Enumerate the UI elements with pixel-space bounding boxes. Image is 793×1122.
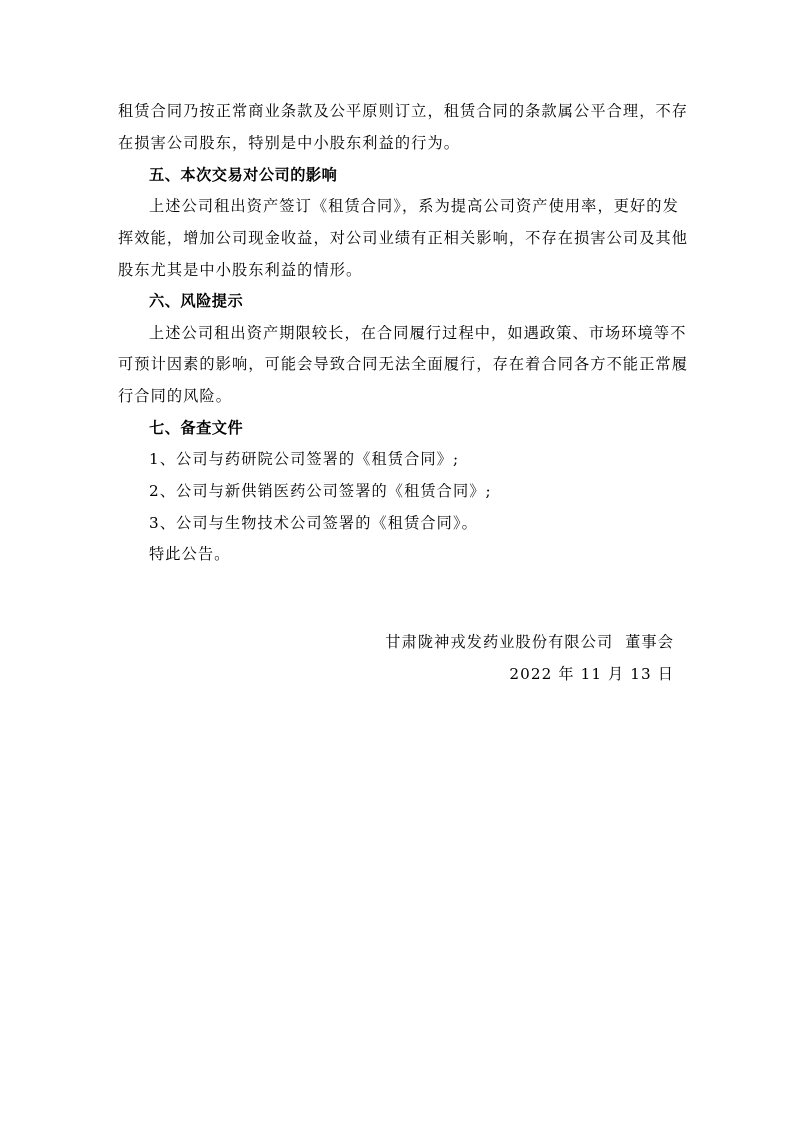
- signature-org: 甘肃陇神戎发药业股份有限公司 董事会: [385, 632, 674, 652]
- section7-item-2: 2、公司与新供销医药公司签署的《租赁合同》;: [149, 481, 492, 501]
- section5-line-1: 上述公司租出资产签订《租赁合同》，系为提高公司资产使用率，更好的发: [149, 196, 679, 216]
- section6-line-2: 可预计因素的影响，可能会导致合同无法全面履行，存在着合同各方不能正常履: [118, 354, 688, 374]
- intro-line-1: 租赁合同乃按正常商业条款及公平原则订立，租赁合同的条款属公平合理，不存: [118, 101, 688, 121]
- section7-item-1: 1、公司与药研院公司签署的《租赁合同》;: [149, 449, 459, 469]
- section6-line-1: 上述公司租出资产期限较长，在合同履行过程中，如遇政策、市场环境等不: [149, 323, 687, 343]
- section6-line-3: 行合同的风险。: [118, 386, 232, 406]
- signature-date: 2022 年 11 月 13 日: [509, 664, 674, 684]
- section5-heading: 五、本次交易对公司的影响: [149, 165, 337, 185]
- section7-item-3: 3、公司与生物技术公司签署的《租赁合同》。: [149, 513, 478, 533]
- section6-heading: 六、风险提示: [149, 291, 243, 311]
- intro-line-2: 在损害公司股东，特别是中小股东利益的行为。: [118, 133, 460, 153]
- section7-heading: 七、备查文件: [149, 418, 243, 438]
- section5-line-3: 股东尤其是中小股东利益的情形。: [118, 260, 362, 280]
- section5-line-2: 挥效能，增加公司现金收益，对公司业绩有正相关影响，不存在损害公司及其他: [118, 228, 688, 248]
- closing-text: 特此公告。: [149, 544, 230, 564]
